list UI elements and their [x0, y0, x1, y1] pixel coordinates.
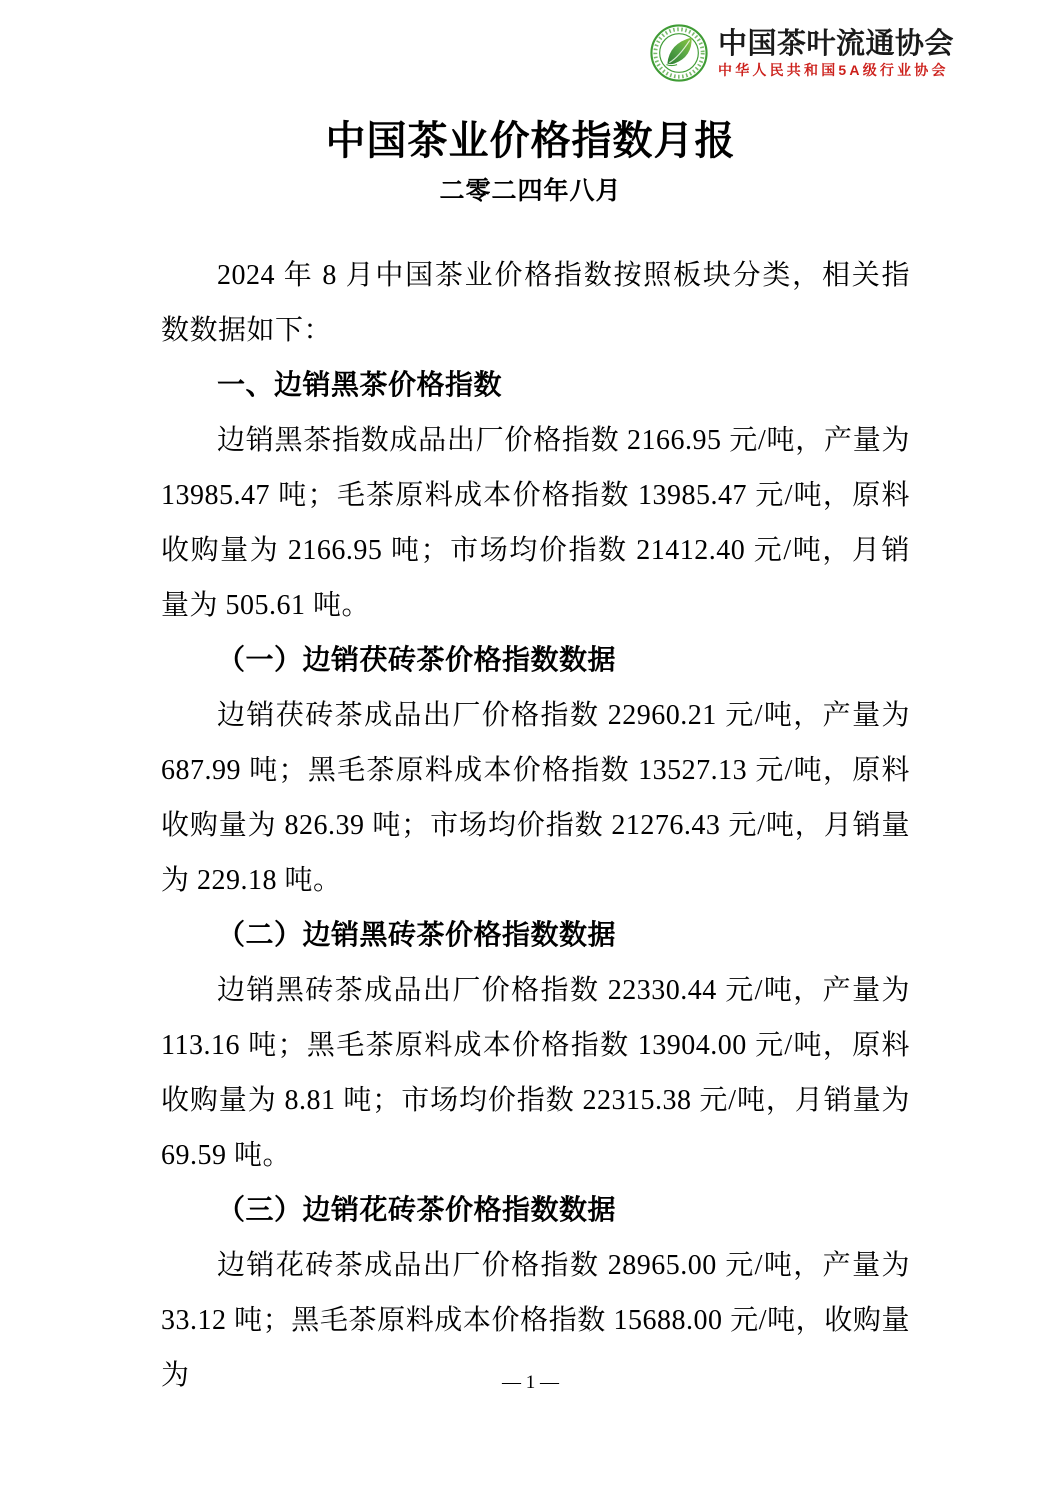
tea-leaf-emblem-icon [650, 24, 708, 82]
document-title: 中国茶业价格指数月报 [0, 118, 1061, 164]
logo-grade-line: 中华人民共和国5A级行业协会 [718, 61, 949, 79]
document-body: 2024 年 8 月中国茶业价格指数按照板块分类，相关指数数据如下： 一、边销黑… [161, 248, 910, 1403]
section-1-1-paragraph: 边销茯砖茶成品出厂价格指数 22960.21 元/吨，产量为 687.99 吨；… [161, 688, 910, 908]
page-number: — 1 — [0, 1372, 1061, 1394]
association-logo: 中国茶叶流通协会 中华人民共和国5A级行业协会 [650, 24, 954, 82]
document-date-subtitle: 二零二四年八月 [0, 176, 1061, 206]
section-1-2-heading: （二）边销黑砖茶价格指数数据 [161, 908, 910, 963]
document-page: 中国茶叶流通协会 中华人民共和国5A级行业协会 中国茶业价格指数月报 二零二四年… [0, 0, 1061, 1500]
section-1-1-heading: （一）边销茯砖茶价格指数数据 [161, 633, 910, 688]
section-1-2-paragraph: 边销黑砖茶成品出厂价格指数 22330.44 元/吨，产量为 113.16 吨；… [161, 963, 910, 1183]
section-1-heading: 一、边销黑茶价格指数 [161, 358, 910, 413]
section-1-3-heading: （三）边销花砖茶价格指数数据 [161, 1183, 910, 1238]
section-1-paragraph: 边销黑茶指数成品出厂价格指数 2166.95 元/吨，产量为 13985.47 … [161, 413, 910, 633]
intro-paragraph: 2024 年 8 月中国茶业价格指数按照板块分类，相关指数数据如下： [161, 248, 910, 358]
logo-org-name: 中国茶叶流通协会 [718, 27, 954, 61]
